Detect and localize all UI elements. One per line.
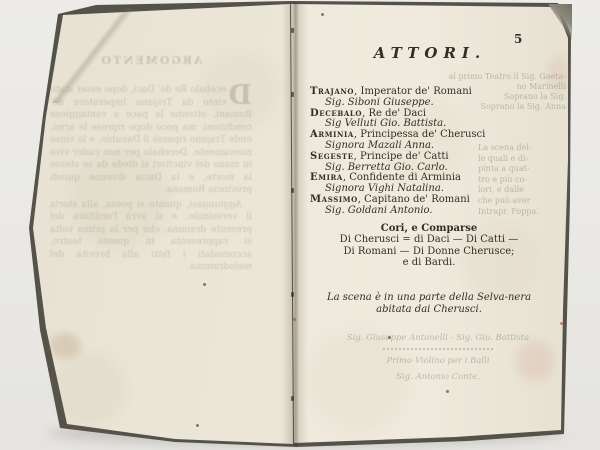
bleedthrough-line: Soprano la Sig. [438,92,566,102]
chorus-line: e di Bardi. [303,257,555,268]
cast-desc: , Principessa de' Cherusci [354,129,485,140]
cast-role: Segeste [310,151,354,162]
bleedthrough-line: che può aver [478,196,566,207]
paper-speck [560,322,563,325]
paper-stain [512,336,558,386]
paper-speck [388,336,391,339]
cast-desc: , Re de' Daci [362,108,426,119]
page-title: ATTORI. [310,44,550,62]
paper-speck [203,283,206,286]
bleedthrough-line: Soprano la Sig. Anna [438,102,566,112]
scene-note: La scena è in una parte della Selva-nera… [303,292,555,315]
bleedthrough-paragraph: Aggiungasi, quanto si possa, alla storia… [50,199,252,274]
cast-role: Massimo [310,194,358,205]
binding-stitch [291,188,294,193]
bleedthrough-line: lori, e dalle [478,185,566,196]
bleedthrough-line: le quali e di- [478,154,566,165]
cast-role: Arminia [310,129,354,140]
bleedthrough-text: ecebalo Re de' Daci, dopo esser stato vi… [50,84,252,195]
paper-speck [196,424,199,427]
bleedthrough-line: Intrapr. Foppa. [478,207,566,218]
binding-stitch [291,292,294,297]
bleedthrough-line: La scena del- [478,143,566,154]
scanned-book-spread: ARGOMENTO Decebalo Re de' Daci, dopo ess… [0,0,600,450]
cast-role: Trajano [310,86,354,97]
bleedthrough-paragraph: Decebalo Re de' Daci, dopo esser stato v… [50,84,252,197]
bleedthrough-divider [383,348,493,350]
bleedthrough-title: ARGOMENTO [50,54,252,67]
scene-note-line: abitata dai Cherusci. [303,304,555,316]
chorus-heading: Cori, e Comparse [303,223,555,234]
cast-role: Emira [310,172,343,183]
chorus-line: Di Cherusci = di Daci — Di Catti — [303,234,555,245]
bleedthrough-dropcap: D [227,84,252,107]
chorus-block: Cori, e Comparse Di Cherusci = di Daci —… [303,223,555,269]
binding-stitch [291,92,294,97]
bleedthrough-line: pinta a quat- [478,164,566,175]
binding-stitch [291,28,294,33]
paper-speck [293,318,296,321]
bleedthrough-line: tro e più co- [478,175,566,186]
paper-speck [321,13,324,16]
scene-note-line: La scena è in una parte della Selva-nera [303,292,555,304]
paper-stain [46,330,84,362]
left-page-bleedthrough: ARGOMENTO Decebalo Re de' Daci, dopo ess… [50,54,252,274]
cast-desc: , Capitano de' Romani [358,194,470,205]
paper-stain [545,52,571,96]
paper-speck [446,390,449,393]
binding-stitch [291,396,294,401]
cast-desc: , Principe de' Catti [354,151,449,162]
chorus-line: Di Romani — Di Donne Cherusce; [303,246,555,257]
cast-role: Decebalo [310,108,362,119]
right-page-bleedthrough-middle: La scena del- le quali e di- pinta a qua… [478,143,566,217]
cast-desc: , Confidente di Arminia [343,172,461,183]
